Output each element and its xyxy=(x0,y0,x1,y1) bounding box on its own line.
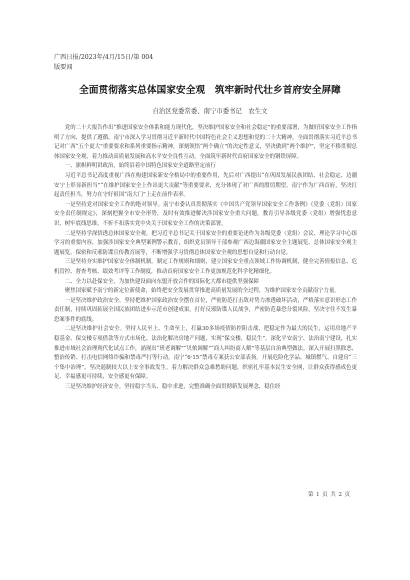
source-line-2: 版要闻 xyxy=(54,63,153,73)
paragraph: 习近平总书记高度重视广西在构建国家新安全格局中的重要作用，先后对广西提出“在巩固… xyxy=(54,172,357,201)
page-indicator: 第 1 页 共 2 页 xyxy=(308,490,351,498)
paragraph: 二是坚持学深悟透总体国家安全观。把习近平总书记关于国家安全的重要论述作为各级党委… xyxy=(54,230,357,259)
document-page: 广西日报/2023年/4月/15日/第 004 版要闻 全面贯彻落实总体国家安全… xyxy=(0,0,410,580)
paragraph: 一是坚持党对国家安全工作的绝对领导。南宁市委认真贯彻落实《中国共产党领导国家安全… xyxy=(54,201,357,230)
section-heading: 二、全力以赴保安全，为加快建设面向东盟开放合作的国际化大都市提供坚强保障 xyxy=(54,278,357,288)
section-heading: 一、旗帜鲜明讲政治，始终沿着中国特色国家安全道路坚定前行 xyxy=(54,162,357,172)
source-line-1: 广西日报/2023年/4月/15日/第 004 xyxy=(54,53,153,63)
paragraph: 三是坚决维护经济安全。坚持稳字当头、稳中求进，完整准确全面贯彻新发展理念，稳住经 xyxy=(54,383,357,393)
paragraph: 聚焦国家赋予南宁的新定位新使命，始终把安全发展贯穿推进高质量发展的全过程，为维护… xyxy=(54,287,357,297)
article-title: 全面贯彻落实总体国家安全观 筑牢新时代壮乡首府安全屏障 xyxy=(40,82,380,96)
paragraph: 三是坚持夯实维护国家安全体制机制。制定工作规则和细则，建立国家安全重点领域工作协… xyxy=(54,258,357,277)
article-byline: 自治区党委常委、南宁市委书记 农生文 xyxy=(40,106,380,115)
article-body: 党的二十大报告作出“推进国家安全体系和能力现代化，坚决维护国家安全和社会稳定”的… xyxy=(54,124,357,393)
paragraph: 党的二十大报告作出“推进国家安全体系和能力现代化，坚决维护国家安全和社会稳定”的… xyxy=(54,124,357,162)
source-info: 广西日报/2023年/4月/15日/第 004 版要闻 xyxy=(54,53,153,73)
paragraph: 一是坚决维护政治安全。坚持把维护国家政治安全摆在首位，严密防范打击敌对势力渗透破… xyxy=(54,297,357,326)
paragraph: 二是坚决维护社会安全。坚持人民至上、生命至上，打赢30多场疫情防控阻击战，把稳定… xyxy=(54,325,357,383)
